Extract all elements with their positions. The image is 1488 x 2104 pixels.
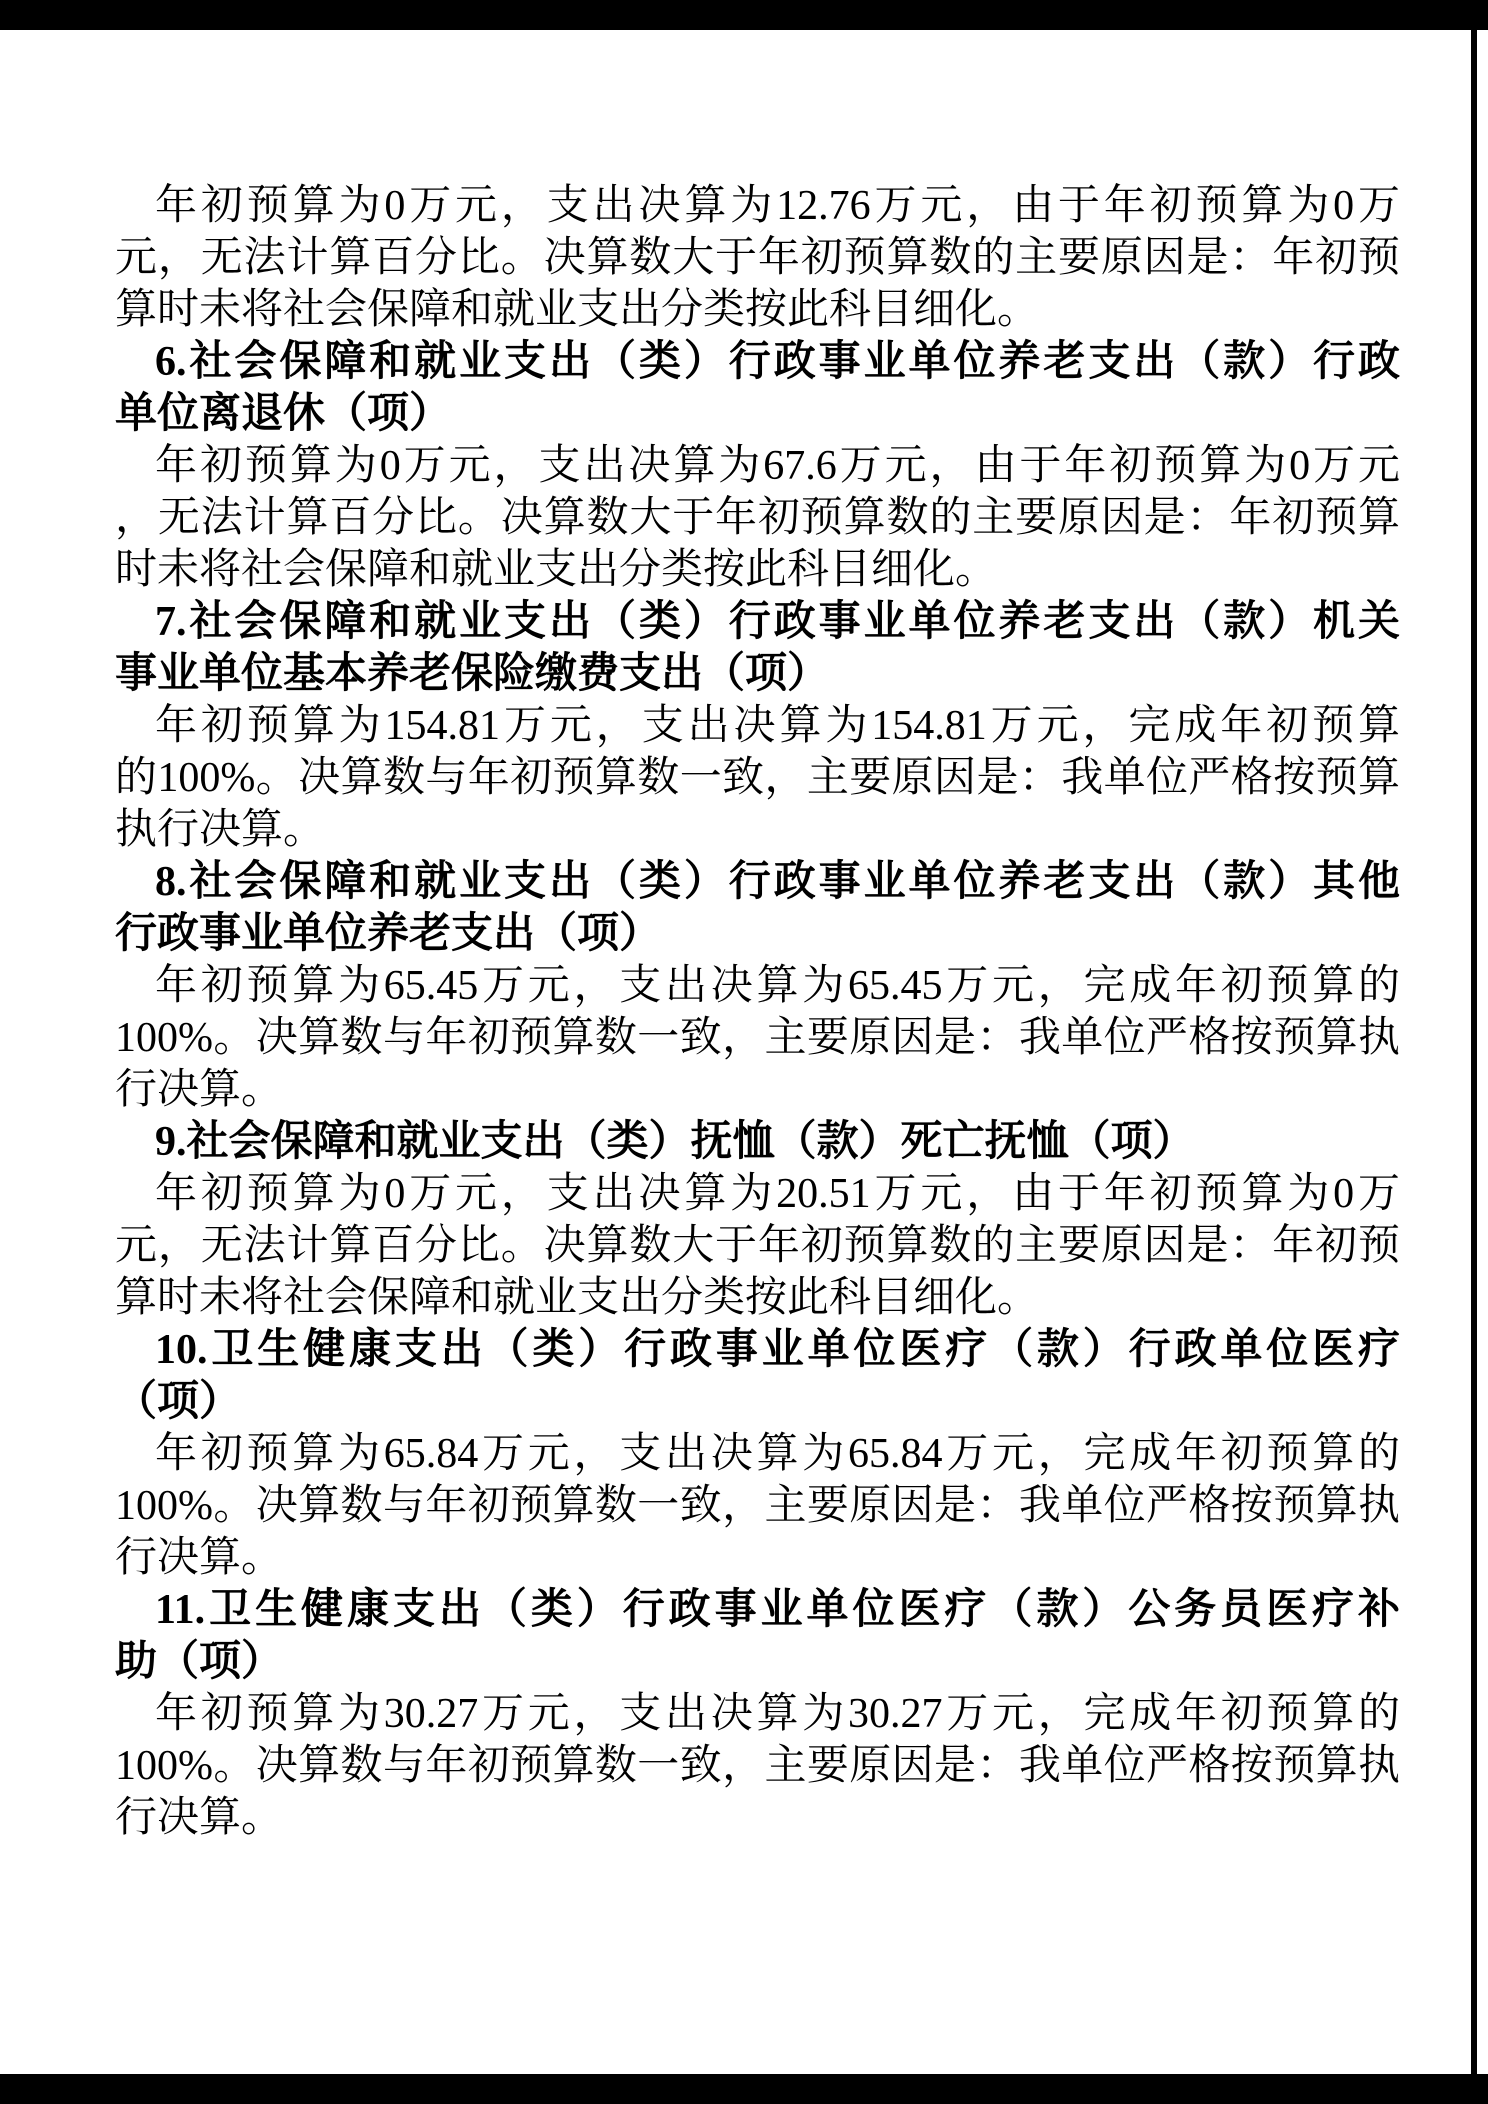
scan-artifact-top-bar [0, 0, 1488, 30]
paragraph-line: ，无法计算百分比。决算数大于年初预算数的主要原因是：年初预算 [115, 492, 1400, 544]
paragraph-line: 年初预算为30.27万元，支出决算为30.27万元，完成年初预算的 [115, 1688, 1400, 1740]
paragraph-line: 年初预算为0万元，支出决算为67.6万元，由于年初预算为0万元 [115, 440, 1400, 492]
paragraph-line: 行决算。 [115, 1532, 1400, 1584]
page-body-text: 年初预算为0万元，支出决算为12.76万元，由于年初预算为0万 元，无法计算百分… [115, 180, 1400, 1844]
heading-line: （项） [115, 1376, 1400, 1428]
document-page: 年初预算为0万元，支出决算为12.76万元，由于年初预算为0万 元，无法计算百分… [0, 0, 1488, 2104]
body-paragraph: 年初预算为65.45万元，支出决算为65.45万元，完成年初预算的 100%。决… [115, 960, 1400, 1116]
body-paragraph: 年初预算为154.81万元，支出决算为154.81万元，完成年初预算 的100%… [115, 700, 1400, 856]
paragraph-line: 年初预算为0万元，支出决算为20.51万元，由于年初预算为0万 [115, 1168, 1400, 1220]
paragraph-line: 算时未将社会保障和就业支出分类按此科目细化。 [115, 284, 1400, 336]
heading-line: 10.卫生健康支出（类）行政事业单位医疗（款）行政单位医疗 [115, 1324, 1400, 1376]
scan-artifact-right-edge [1471, 0, 1477, 2104]
section-heading-6: 6.社会保障和就业支出（类）行政事业单位养老支出（款）行政 单位离退休（项） [115, 336, 1400, 440]
body-paragraph: 年初预算为0万元，支出决算为12.76万元，由于年初预算为0万 元，无法计算百分… [115, 180, 1400, 336]
paragraph-line: 年初预算为65.45万元，支出决算为65.45万元，完成年初预算的 [115, 960, 1400, 1012]
scan-artifact-bottom-bar [0, 2074, 1488, 2104]
heading-line: 9.社会保障和就业支出（类）抚恤（款）死亡抚恤（项） [115, 1116, 1400, 1168]
body-paragraph: 年初预算为65.84万元，支出决算为65.84万元，完成年初预算的 100%。决… [115, 1428, 1400, 1584]
body-paragraph: 年初预算为0万元，支出决算为67.6万元，由于年初预算为0万元 ，无法计算百分比… [115, 440, 1400, 596]
heading-line: 7.社会保障和就业支出（类）行政事业单位养老支出（款）机关 [115, 596, 1400, 648]
section-heading-10: 10.卫生健康支出（类）行政事业单位医疗（款）行政单位医疗 （项） [115, 1324, 1400, 1428]
section-heading-11: 11.卫生健康支出（类）行政事业单位医疗（款）公务员医疗补 助（项） [115, 1584, 1400, 1688]
heading-line: 11.卫生健康支出（类）行政事业单位医疗（款）公务员医疗补 [115, 1584, 1400, 1636]
paragraph-line: 年初预算为154.81万元，支出决算为154.81万元，完成年初预算 [115, 700, 1400, 752]
paragraph-line: 100%。决算数与年初预算数一致，主要原因是：我单位严格按预算执 [115, 1012, 1400, 1064]
paragraph-line: 100%。决算数与年初预算数一致，主要原因是：我单位严格按预算执 [115, 1740, 1400, 1792]
paragraph-line: 执行决算。 [115, 804, 1400, 856]
heading-line: 6.社会保障和就业支出（类）行政事业单位养老支出（款）行政 [115, 336, 1400, 388]
body-paragraph: 年初预算为0万元，支出决算为20.51万元，由于年初预算为0万 元，无法计算百分… [115, 1168, 1400, 1324]
heading-line: 事业单位基本养老保险缴费支出（项） [115, 648, 1400, 700]
paragraph-line: 元，无法计算百分比。决算数大于年初预算数的主要原因是：年初预 [115, 1220, 1400, 1272]
heading-line: 行政事业单位养老支出（项） [115, 908, 1400, 960]
paragraph-line: 时未将社会保障和就业支出分类按此科目细化。 [115, 544, 1400, 596]
paragraph-line: 元，无法计算百分比。决算数大于年初预算数的主要原因是：年初预 [115, 232, 1400, 284]
paragraph-line: 年初预算为0万元，支出决算为12.76万元，由于年初预算为0万 [115, 180, 1400, 232]
section-heading-7: 7.社会保障和就业支出（类）行政事业单位养老支出（款）机关 事业单位基本养老保险… [115, 596, 1400, 700]
heading-line: 单位离退休（项） [115, 388, 1400, 440]
section-heading-9: 9.社会保障和就业支出（类）抚恤（款）死亡抚恤（项） [115, 1116, 1400, 1168]
paragraph-line: 的100%。决算数与年初预算数一致，主要原因是：我单位严格按预算 [115, 752, 1400, 804]
heading-line: 8.社会保障和就业支出（类）行政事业单位养老支出（款）其他 [115, 856, 1400, 908]
body-paragraph: 年初预算为30.27万元，支出决算为30.27万元，完成年初预算的 100%。决… [115, 1688, 1400, 1844]
paragraph-line: 行决算。 [115, 1792, 1400, 1844]
paragraph-line: 算时未将社会保障和就业支出分类按此科目细化。 [115, 1272, 1400, 1324]
paragraph-line: 100%。决算数与年初预算数一致，主要原因是：我单位严格按预算执 [115, 1480, 1400, 1532]
section-heading-8: 8.社会保障和就业支出（类）行政事业单位养老支出（款）其他 行政事业单位养老支出… [115, 856, 1400, 960]
paragraph-line: 行决算。 [115, 1064, 1400, 1116]
paragraph-line: 年初预算为65.84万元，支出决算为65.84万元，完成年初预算的 [115, 1428, 1400, 1480]
heading-line: 助（项） [115, 1636, 1400, 1688]
